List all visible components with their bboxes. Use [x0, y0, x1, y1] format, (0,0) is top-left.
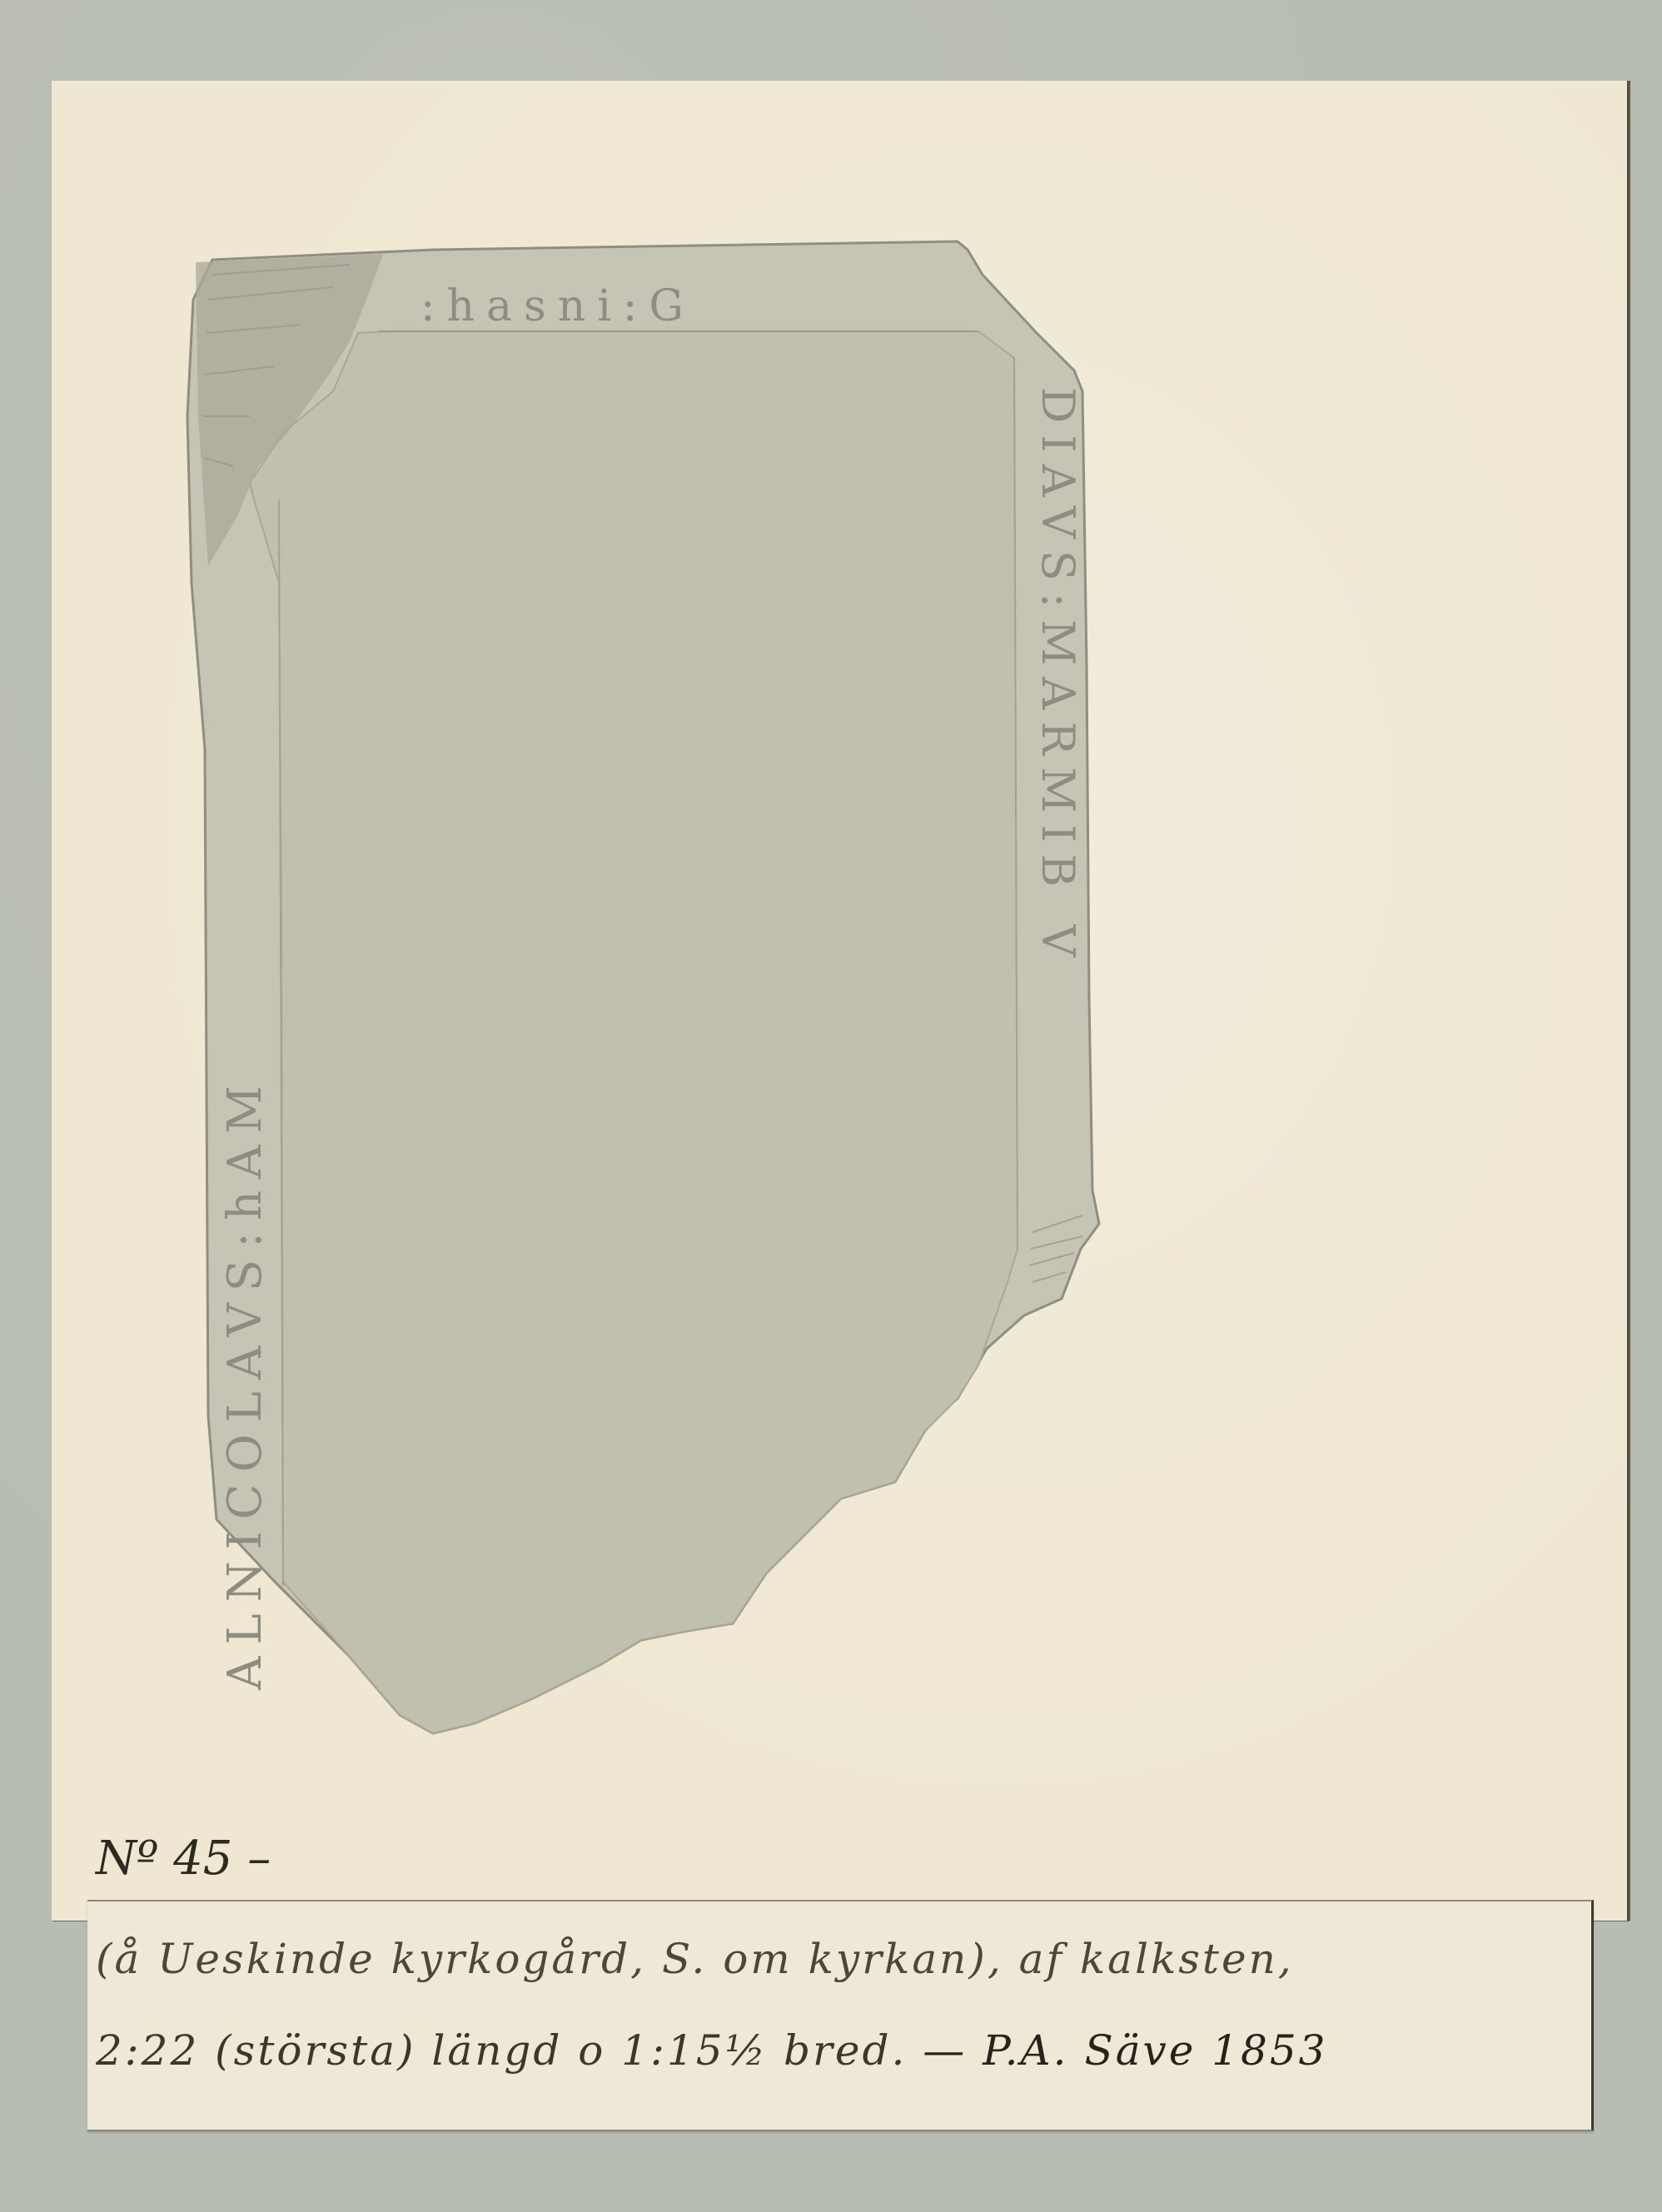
caption-line-dimensions: 2:22 (största) längd o 1:15½ bred. — P.A… [96, 2026, 1327, 2075]
caption-line-location: (å Ueskinde kyrkogård, S. om kyrkan), af… [96, 1935, 1294, 1983]
catalog-number: Nº 45 – [96, 1832, 271, 1886]
inscription-left-text: ALNICOLAVS:hAM [218, 1074, 272, 1690]
stone-inner-panel [250, 331, 1018, 1733]
caption-signature: — P.A. Säve 1853 [923, 2026, 1327, 2075]
caption-strip: (å Ueskinde kyrkogård, S. om kyrkan), af… [87, 1900, 1594, 2131]
inscription-right-text: DIAVS:MARMIB V [1032, 387, 1084, 969]
caption-dimensions-text: 2:22 (största) längd o 1:15½ bred. [96, 2026, 907, 2075]
inscription-top-text: :hasni:G [420, 281, 695, 331]
